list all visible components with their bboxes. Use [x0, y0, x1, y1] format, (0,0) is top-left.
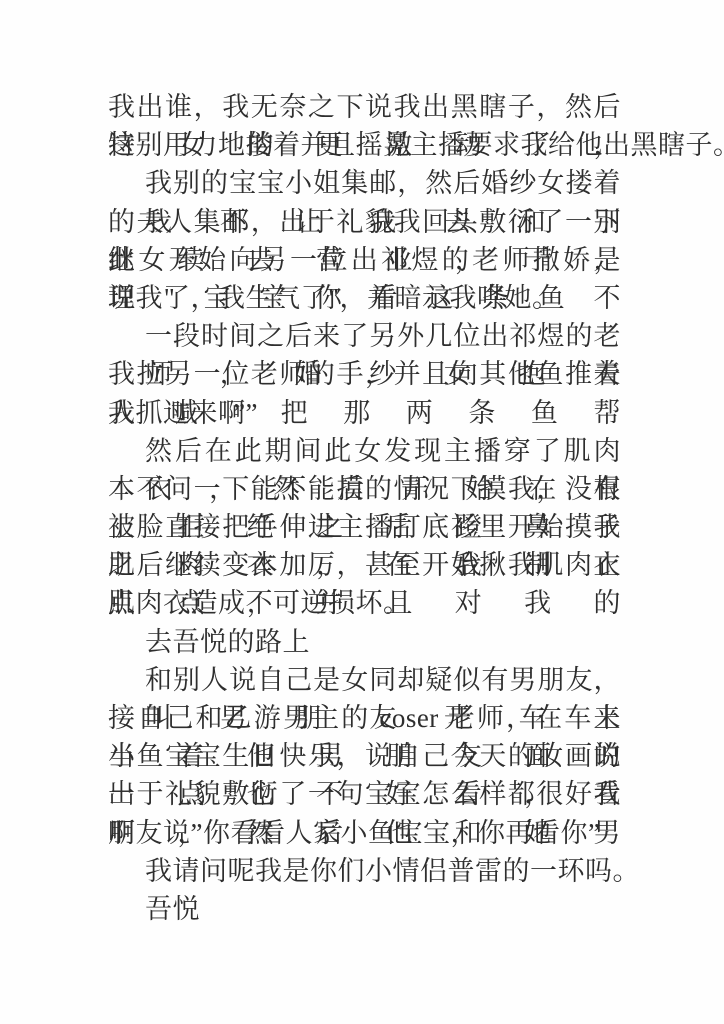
text-line: 的夫人集邮，出于礼貌我回头敷衍了一下继续去营业，于是 [108, 203, 621, 241]
text-line: 朋友说”你看看人家小鱼宝宝，你再看你” [108, 814, 621, 852]
text-line: 我出谁，我无奈之下说我出黑瞎子，然后这女的更激动了， [108, 88, 621, 126]
text-line: 小鱼宝宝生日快乐，说自己今天的妆画的一点也不好看，我 [108, 737, 621, 775]
text-line: 我别的宝宝小姐集邮，然后婚纱女搂着我不让我去和别 [108, 164, 621, 202]
text-line: 之后继续变本加厉，甚至开始揪我肌肉衣点点，并且对我的 [108, 546, 621, 584]
text-line: 特别用力地搂着并且摇晃主播要求我给他出黑瞎子。 [108, 126, 621, 164]
text-line: 我拉另一位老师的手，并且向其他鱼推夫人喊”把那两条鱼帮 [108, 355, 621, 393]
text-body: 我出谁，我无奈之下说我出黑瞎子，然后这女的更激动了， 特别用力地搂着并且摇晃主播… [108, 88, 621, 928]
text-line: 本不问一下能不能摸的情况下摸我，没有被拒绝之后蹬鼻子 [108, 470, 621, 508]
text-line: 我请问呢我是你们小情侣普雷的一环吗。 [108, 852, 621, 890]
text-line: 理我了，我生气了"，并暗示我哄她。 [108, 279, 621, 317]
text-line: 去吾悦的路上 [108, 623, 621, 661]
text-line: 吾悦 [108, 890, 621, 928]
text-line: 接自己和乙游男主的 coser 老师，在车上当着他男朋友面说 [108, 699, 621, 737]
text-line: 和别人说自己是女同却疑似有男朋友，叫男朋友开车来 [108, 661, 621, 699]
text-line: 出于礼貌敷衍了一句宝宝怎么样都很好看啊，然后他和她男 [108, 775, 621, 813]
text-line: 一段时间之后来了另外几位出祁煜的老师，婚纱女抱着 [108, 317, 621, 355]
text-line: 然后在此期间此女发现主播穿了肌肉衣，然后开始在根 [108, 432, 621, 470]
text-line: 上脸直接把手伸进主播打底衫里开始摸我肌肉衣，在我制止 [108, 508, 621, 546]
document-page: 我出谁，我无奈之下说我出黑瞎子，然后这女的更激动了， 特别用力地搂着并且摇晃主播… [0, 0, 724, 1024]
text-line: 此女开始向另一位出祁煜的老师撒娇，说"宝宝你看这条鱼不 [108, 241, 621, 279]
